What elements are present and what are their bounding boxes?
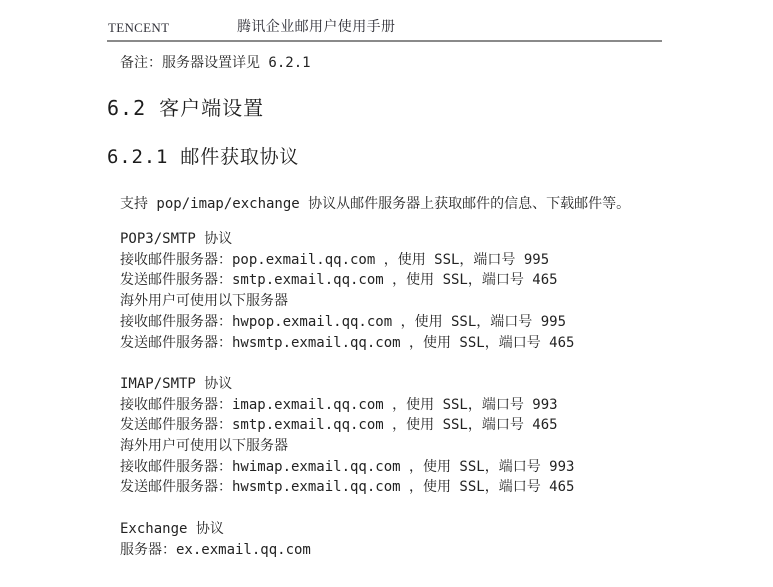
server-setting-line: 发送邮件服务器：hwsmtp.exmail.qq.com ，使用 SSL，端口号… bbox=[120, 477, 574, 498]
protocol-title: Exchange 协议 bbox=[120, 519, 574, 540]
protocol-block-imap: IMAP/SMTP 协议 接收邮件服务器：imap.exmail.qq.com … bbox=[120, 374, 574, 498]
section-heading-6-2: 6.2 客户端设置 bbox=[107, 96, 264, 120]
server-setting-line: 接收邮件服务器：hwimap.exmail.qq.com ，使用 SSL，端口号… bbox=[120, 457, 574, 478]
server-setting-line: 海外用户可使用以下服务器 bbox=[120, 436, 574, 457]
server-setting-line: 接收邮件服务器：hwpop.exmail.qq.com ，使用 SSL，端口号 … bbox=[120, 312, 574, 333]
protocol-block-pop3: POP3/SMTP 协议 接收邮件服务器：pop.exmail.qq.com ，… bbox=[120, 229, 574, 353]
protocol-settings-list: POP3/SMTP 协议 接收邮件服务器：pop.exmail.qq.com ，… bbox=[120, 229, 574, 560]
document-header-title: 腾讯企业邮用户使用手册 bbox=[237, 19, 395, 36]
server-setting-line: 接收邮件服务器：imap.exmail.qq.com ，使用 SSL，端口号 9… bbox=[120, 395, 574, 416]
protocol-title: POP3/SMTP 协议 bbox=[120, 229, 574, 250]
server-setting-line: 发送邮件服务器：hwsmtp.exmail.qq.com ，使用 SSL，端口号… bbox=[120, 333, 574, 354]
server-setting-line: 海外用户可使用以下服务器 bbox=[120, 291, 574, 312]
intro-paragraph: 支持 pop/imap/exchange 协议从邮件服务器上获取邮件的信息、下载… bbox=[120, 194, 630, 215]
protocol-block-exchange: Exchange 协议 服务器：ex.exmail.qq.com bbox=[120, 519, 574, 560]
subsection-heading-6-2-1: 6.2.1 邮件获取协议 bbox=[107, 145, 299, 169]
server-setting-line: 接收邮件服务器：pop.exmail.qq.com ，使用 SSL，端口号 99… bbox=[120, 250, 574, 271]
server-setting-line: 服务器：ex.exmail.qq.com bbox=[120, 540, 574, 561]
server-setting-line: 发送邮件服务器：smtp.exmail.qq.com ，使用 SSL，端口号 4… bbox=[120, 415, 574, 436]
note-text: 备注：服务器设置详见 6.2.1 bbox=[120, 53, 311, 74]
protocol-title: IMAP/SMTP 协议 bbox=[120, 374, 574, 395]
brand-logo-text: TENCENT bbox=[108, 20, 169, 36]
manual-page: TENCENT 腾讯企业邮用户使用手册 备注：服务器设置详见 6.2.1 6.2… bbox=[0, 0, 773, 587]
server-setting-line: 发送邮件服务器：smtp.exmail.qq.com ，使用 SSL，端口号 4… bbox=[120, 270, 574, 291]
header-divider-rule bbox=[107, 40, 662, 42]
